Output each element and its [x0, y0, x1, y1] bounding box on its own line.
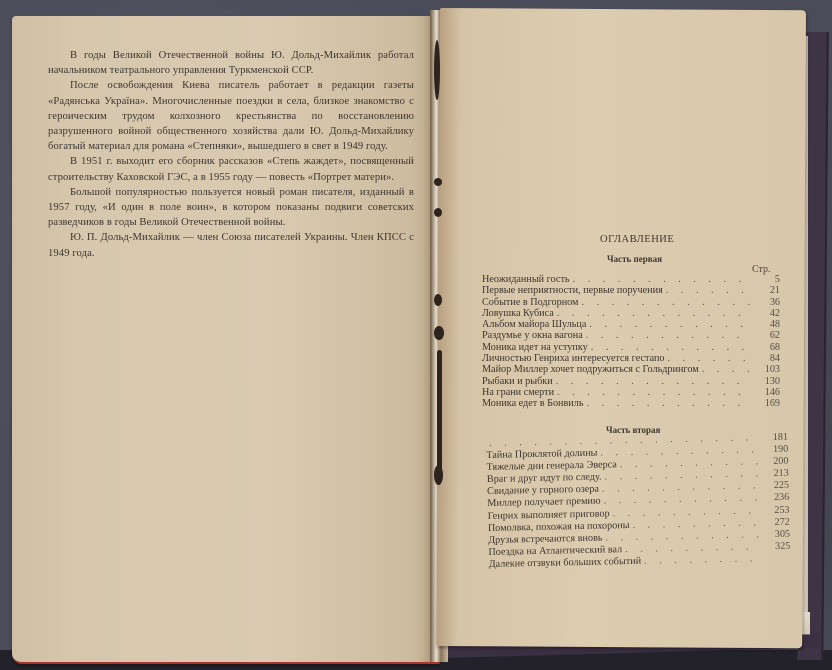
leader-dots	[589, 319, 751, 330]
binding-tear	[434, 40, 440, 100]
chapter-page: 325	[764, 540, 790, 553]
leader-dots	[582, 297, 752, 308]
chapter-page: 213	[763, 468, 789, 481]
bio-paragraph: В 1951 г. выходит его сборник рассказов …	[48, 154, 414, 184]
chapter-page: 253	[763, 504, 789, 517]
toc-entry: Первые неприятности, первые поручения21	[482, 285, 780, 296]
toc-entry: Ловушка Кубиса42	[482, 308, 780, 319]
leader-dots	[557, 308, 751, 319]
toc-title: ОГЛАВЛЕНИЕ	[600, 234, 674, 245]
leader-dots	[586, 330, 751, 341]
leader-dots	[573, 274, 751, 285]
leader-dots	[556, 376, 751, 387]
toc-entry: Раздумье у окна вагона62	[482, 330, 780, 341]
toc-entry: Моника едет в Бонвиль169	[482, 398, 780, 409]
chapter-page: 305	[764, 528, 790, 541]
chapter-title: Майор Миллер хочет подружиться с Гольдри…	[482, 364, 699, 375]
chapter-page: 62	[754, 330, 780, 341]
chapter-title: Неожиданный гость	[482, 274, 570, 285]
chapter-page: 21	[754, 285, 780, 296]
author-bio: В годы Великой Отечественной войны Ю. До…	[48, 48, 414, 261]
toc-entry: Неожиданный гость5	[482, 274, 780, 285]
binding-hole	[434, 294, 442, 306]
chapter-page: 48	[754, 319, 780, 330]
toc-entry: Альбом майора Шульца48	[482, 319, 780, 330]
leader-dots	[668, 353, 751, 364]
chapter-page: 130	[754, 376, 780, 387]
toc-part-title: Часть первая	[607, 254, 662, 264]
chapter-title: Событие в Подгорном	[482, 297, 579, 308]
chapter-title: Моника едет в Бонвиль	[482, 398, 584, 409]
binding-hole	[434, 208, 442, 217]
binding-hole	[434, 326, 444, 340]
chapter-page: 190	[762, 444, 788, 457]
leader-dots	[591, 342, 751, 353]
toc-entry: Моника идет на уступку68	[482, 342, 780, 353]
chapter-page: 5	[754, 274, 780, 285]
bio-paragraph: После освобождения Киева писатель работа…	[48, 78, 414, 154]
chapter-page: 84	[754, 353, 780, 364]
chapter-page: 236	[763, 492, 789, 505]
chapter-title: Моника идет на уступку	[482, 342, 588, 353]
chapter-title: Ловушка Кубиса	[482, 308, 554, 319]
binding-tear	[437, 350, 442, 470]
leader-dots	[702, 364, 751, 375]
toc-entry: На грани смерти146	[482, 387, 780, 398]
bio-paragraph: Ю. П. Дольд-Михайлик — член Союза писате…	[48, 230, 414, 260]
chapter-title: Личностью Генриха интересуется гестапо	[482, 353, 665, 364]
bio-paragraph: В годы Великой Отечественной войны Ю. До…	[48, 48, 414, 78]
binding-hole	[434, 178, 442, 186]
chapter-title: На грани смерти	[482, 387, 554, 398]
leader-dots	[587, 398, 751, 409]
chapter-title: Рыбаки и рыбки	[482, 376, 553, 387]
chapter-page: 181	[762, 432, 788, 445]
chapter-page	[765, 561, 791, 562]
leader-dots	[557, 387, 751, 398]
toc-list-part-2: 181 Тайна Проклятой долины190 Тяжелые дн…	[486, 432, 791, 571]
chapter-page: 42	[754, 308, 780, 319]
chapter-page: 103	[754, 364, 780, 375]
toc-entry: Майор Миллер хочет подружиться с Гольдри…	[482, 364, 780, 375]
chapter-page: 146	[754, 387, 780, 398]
chapter-page: 225	[763, 480, 789, 493]
toc-entry: Личностью Генриха интересуется гестапо84	[482, 353, 780, 364]
chapter-page: 200	[762, 456, 788, 469]
chapter-page: 169	[754, 398, 780, 409]
toc-entry: Рыбаки и рыбки130	[482, 376, 780, 387]
chapter-title: Альбом майора Шульца	[482, 319, 586, 330]
toc-list-part-1: Неожиданный гость5 Первые неприятности, …	[482, 274, 780, 410]
leader-dots	[644, 553, 762, 568]
toc-entry: Событие в Подгорном36	[482, 297, 780, 308]
binding-hole	[434, 465, 443, 485]
chapter-page: 36	[754, 297, 780, 308]
chapter-page: 272	[764, 516, 790, 529]
chapter-title: Первые неприятности, первые поручения	[482, 285, 663, 296]
leader-dots	[666, 285, 751, 296]
bio-paragraph: Большой популярностью пользуется новый р…	[48, 185, 414, 231]
chapter-page: 68	[754, 342, 780, 353]
chapter-title: Раздумье у окна вагона	[482, 330, 583, 341]
